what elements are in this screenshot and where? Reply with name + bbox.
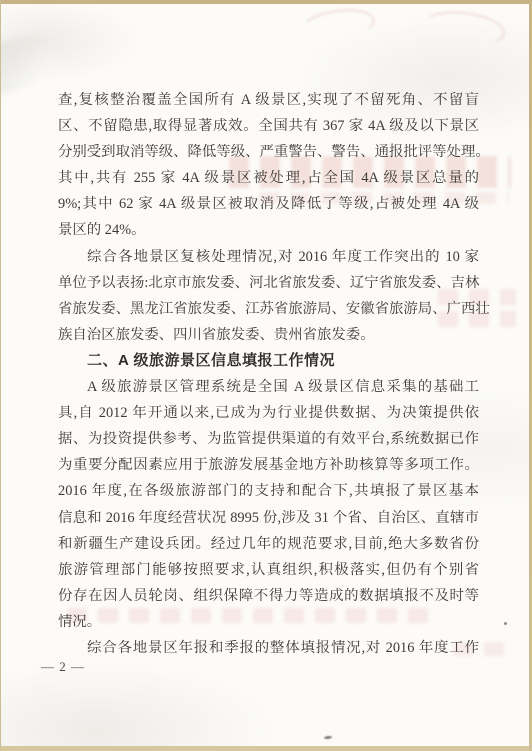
text-line: 2016 年度,在各级旅游部门的支持和配合下,共填报了景区基本 [58, 478, 479, 504]
document-body: 查,复核整治覆盖全国所有 A 级景区,实现了不留死角、不留盲 区、不留隐患,取得… [58, 87, 479, 661]
section-heading: 二、A 级旅游景区信息填报工作情况 [58, 348, 479, 374]
text-line: 和新疆生产建设兵团。经过几年的规范要求,目前,绝大多数省份 [58, 531, 479, 557]
text-line: 综合各地景区年报和季报的整体填报情况,对 2016 年度工作 [58, 635, 479, 661]
text-line: 族自治区旅发委、四川省旅发委、贵州省旅发委。 [58, 322, 479, 348]
ink-smudge [299, 5, 376, 45]
scan-smudge [0, 23, 86, 95]
text-line: A 级旅游景区管理系统是全国 A 级景区信息采集的基础工 [58, 374, 479, 400]
text-line: 份存在因人员轮岗、组织保障不得力等造成的数据填报不及时等 [58, 583, 479, 609]
text-line: 综合各地景区复核处理情况,对 2016 年度工作突出的 10 家 [58, 244, 479, 270]
text-line: 具,自 2012 年开通以来,已成为为行业提供数据、为决策提供依 [58, 400, 479, 426]
scan-edge-left [0, 0, 1, 751]
scan-speck [504, 622, 507, 625]
text-line: 分别受到取消等级、降低等级、严重警告、警告、通报批评等处理。 [58, 139, 479, 165]
text-line: 查,复核整治覆盖全国所有 A 级景区,实现了不留死角、不留盲 [58, 87, 479, 113]
text-line: 为重要分配因素应用于旅游发展基金地方补助核算等多项工作。 [58, 452, 479, 478]
text-line: 其中,共有 255 家 4A 级景区被处理,占全国 4A 级景区总量的 [58, 165, 479, 191]
text-line: 省旅发委、黑龙江省旅发委、江苏省旅游局、安徽省旅游局、广西壮 [58, 296, 479, 322]
text-line: 旅游管理部门能够按照要求,认真组织,积极落实,但仍有个别省 [58, 557, 479, 583]
ink-smudge [419, 8, 506, 51]
scanned-page: 查,复核整治覆盖全国所有 A 级景区,实现了不留死角、不留盲 区、不留隐患,取得… [1, 4, 529, 746]
scan-speck [324, 736, 332, 740]
scan-edge-top [0, 0, 532, 4]
text-line: 据、为投资提供参考、为监管提供渠道的有效平台,系统数据已作 [58, 426, 479, 452]
text-line: 信息和 2016 年度经营状况 8995 份,涉及 31 个省、自治区、直辖市 [58, 505, 479, 531]
text-line: 9%;其中 62 家 4A 级景区被取消及降低了等级,占被处理 4A 级 [58, 191, 479, 217]
text-line: 单位予以表扬:北京市旅发委、河北省旅发委、辽宁省旅发委、吉林 [58, 270, 479, 296]
scan-edge-bottom [0, 746, 532, 751]
text-line: 区、不留隐患,取得显著成效。全国共有 367 家 4A 级及以下景区 [58, 113, 479, 139]
text-line: 景区的 24%。 [58, 217, 479, 243]
text-line: 情况。 [58, 609, 479, 635]
page-number: — 2 — [41, 659, 85, 675]
